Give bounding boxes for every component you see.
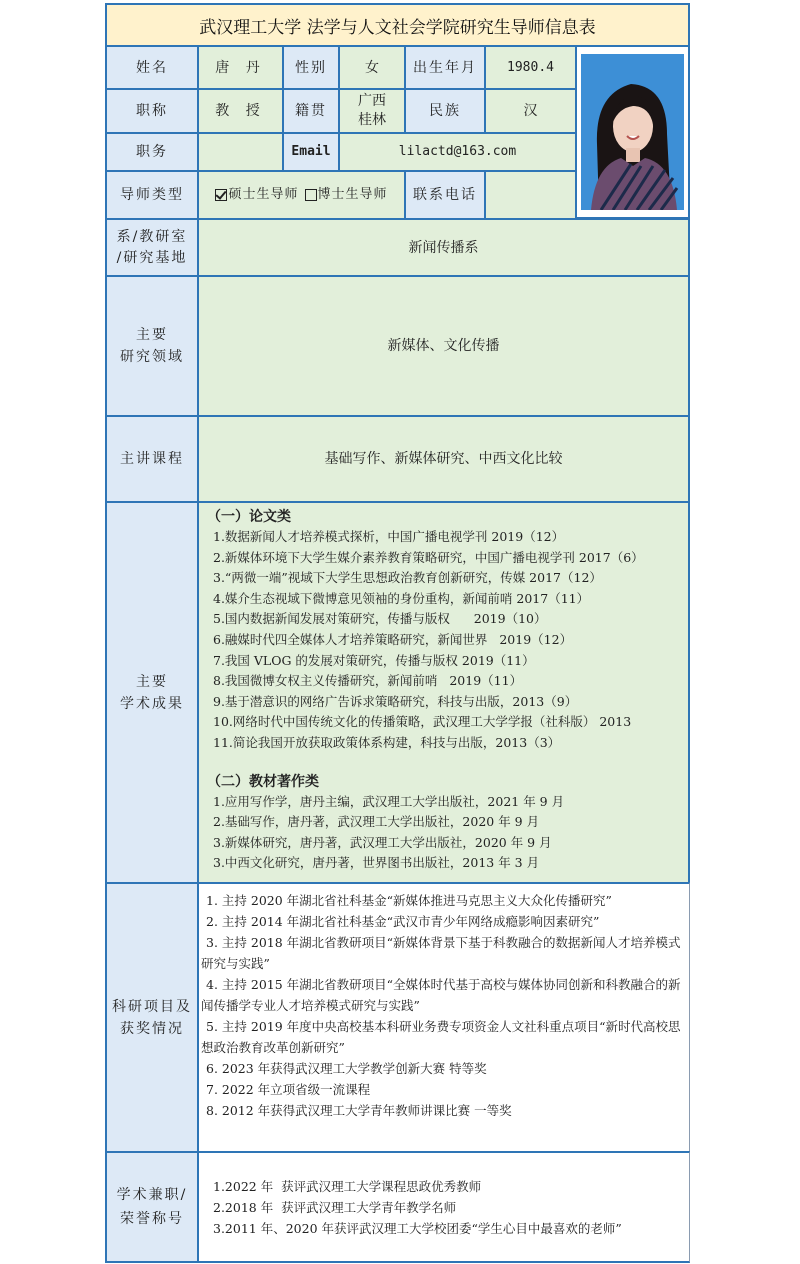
book-item: 3.新媒体研究，唐丹著，武汉理工大学出版社，2020 年 9 月	[207, 833, 552, 854]
research-label-line1: 主要	[136, 324, 168, 346]
project-item: 8. 2012 年获得武汉理工大学青年教师讲课比赛 一等奖	[201, 1100, 687, 1121]
project-item: 5. 主持 2019 年度中央高校基本科研业务费专项资金人文社科重点项目“新时代…	[201, 1016, 687, 1058]
honors-label-line1: 学术兼职/	[117, 1183, 188, 1207]
master-checkbox-icon[interactable]	[215, 189, 227, 201]
paper-item: 3.“两微一端”视域下大学生思想政治教育创新研究，传媒 2017（12）	[207, 568, 602, 589]
phone-value	[484, 170, 577, 220]
department-label-line2: /研究基地	[117, 248, 188, 269]
achievements-content: （一）论文类 1.数据新闻人才培养模式探析，中国广播电视学刊 2019（12） …	[197, 501, 690, 884]
achievements-label-line1: 主要	[136, 671, 168, 693]
honors-label-line2: 荣誉称号	[120, 1207, 184, 1231]
supervisor-type-options: 硕士生导师 博士生导师	[197, 170, 406, 220]
name-value: 唐 丹	[197, 45, 284, 90]
name-label: 姓名	[105, 45, 199, 90]
achievements-label-line2: 学术成果	[120, 693, 184, 715]
paper-item: 9.基于潜意识的网络广告诉求策略研究，科技与出版，2013（9）	[207, 692, 577, 713]
hometown-line2: 桂林	[358, 111, 386, 130]
project-item: 6. 2023 年获得武汉理工大学教学创新大赛 特等奖	[201, 1058, 687, 1079]
hometown-line1: 广西	[358, 92, 386, 111]
research-label-line2: 研究领域	[120, 346, 184, 368]
hometown-label: 籍贯	[282, 88, 340, 134]
hometown-value: 广西 桂林	[338, 88, 406, 134]
honor-item: 2.2018 年 获评武汉理工大学青年教学名师	[213, 1197, 456, 1218]
portrait-image	[581, 54, 684, 210]
honors-label: 学术兼职/ 荣誉称号	[105, 1151, 199, 1263]
project-item: 2. 主持 2014 年湖北省社科基金“武汉市青少年网络成瘾影响因素研究”	[201, 911, 687, 932]
courses-label: 主讲课程	[105, 415, 199, 503]
ethnicity-value: 汉	[484, 88, 577, 134]
doctor-checkbox-icon[interactable]	[305, 189, 317, 201]
email-label: Email	[282, 132, 340, 172]
department-label-line1: 系/教研室	[117, 227, 188, 248]
supervisor-type-label: 导师类型	[105, 170, 199, 220]
email-value[interactable]: lilactd@163.com	[338, 132, 577, 172]
projects-label-line1: 科研项目及	[112, 996, 192, 1018]
projects-label: 科研项目及 获奖情况	[105, 882, 199, 1153]
honor-item: 3.2011 年、2020 年获评武汉理工大学校团委“学生心目中最喜欢的老师”	[213, 1218, 622, 1239]
phone-label: 联系电话	[404, 170, 486, 220]
portrait-photo	[581, 54, 684, 210]
projects-label-line2: 获奖情况	[120, 1018, 184, 1040]
project-item: 4. 主持 2015 年湖北省教研项目“全媒体时代基于高校与媒体协同创新和科教融…	[201, 974, 687, 1016]
gender-value: 女	[338, 45, 406, 90]
table-title: 武汉理工大学 法学与人文社会学院研究生导师信息表	[105, 3, 690, 47]
paper-item: 5.国内数据新闻发展对策研究，传播与版权 2019（10）	[207, 609, 547, 630]
position-value	[197, 132, 284, 172]
position-label: 职务	[105, 132, 199, 172]
project-item: 7. 2022 年立项省级一流课程	[201, 1079, 687, 1100]
achievements-label: 主要 学术成果	[105, 501, 199, 884]
paper-item: 7.我国 VLOG 的发展对策研究，传播与版权 2019（11）	[207, 651, 535, 672]
paper-item: 6.融媒时代四全媒体人才培养策略研究，新闻世界 2019（12）	[207, 630, 572, 651]
paper-item: 8.我国微博女权主义传播研究，新闻前哨 2019（11）	[207, 671, 522, 692]
book-item: 1.应用写作学，唐丹主编，武汉理工大学出版社，2021 年 9 月	[207, 792, 564, 813]
department-label: 系/教研室 /研究基地	[105, 218, 199, 277]
gender-label: 性别	[282, 45, 340, 90]
project-item: 3. 主持 2018 年湖北省教研项目“新媒体背景下基于科教融合的数据新闻人才培…	[201, 932, 687, 974]
doctor-option-label: 博士生导师	[318, 184, 388, 206]
book-item: 3.中西文化研究，唐丹著，世界图书出版社，2013 年 3 月	[207, 853, 539, 874]
book-item: 2.基础写作，唐丹著，武汉理工大学出版社，2020 年 9 月	[207, 812, 539, 833]
rank-label: 职称	[105, 88, 199, 134]
rank-value: 教 授	[197, 88, 284, 134]
paper-item: 11.简论我国开放获取政策体系构建，科技与出版，2013（3）	[207, 733, 560, 754]
master-option-label: 硕士生导师	[228, 184, 298, 206]
courses-value: 基础写作、新媒体研究、中西文化比较	[197, 415, 690, 503]
photo-cell	[575, 45, 690, 219]
birth-label: 出生年月	[404, 45, 486, 90]
paper-item: 4.媒介生态视域下微博意见领袖的身份重构，新闻前哨 2017（11）	[207, 589, 589, 610]
birth-value: 1980.4	[484, 45, 577, 90]
department-value: 新闻传播系	[197, 218, 690, 277]
honor-item: 1.2022 年 获评武汉理工大学课程思政优秀教师	[213, 1176, 481, 1197]
research-value: 新媒体、文化传播	[197, 275, 690, 417]
honors-content: 1.2022 年 获评武汉理工大学课程思政优秀教师 2.2018 年 获评武汉理…	[197, 1151, 690, 1263]
ethnicity-label: 民族	[404, 88, 486, 134]
research-label: 主要 研究领域	[105, 275, 199, 417]
papers-heading: （一）论文类	[207, 507, 291, 527]
paper-item: 1.数据新闻人才培养模式探析，中国广播电视学刊 2019（12）	[207, 527, 564, 548]
paper-item: 2.新媒体环境下大学生媒介素养教育策略研究，中国广播电视学刊 2017（6）	[207, 548, 644, 569]
projects-content: 1. 主持 2020 年湖北省社科基金“新媒体推进马克思主义大众化传播研究” 2…	[197, 882, 690, 1153]
project-item: 1. 主持 2020 年湖北省社科基金“新媒体推进马克思主义大众化传播研究”	[201, 890, 687, 911]
paper-item: 10.网络时代中国传统文化的传播策略，武汉理工大学学报（社科版） 2013	[207, 712, 631, 733]
books-heading: （二）教材著作类	[207, 772, 319, 792]
